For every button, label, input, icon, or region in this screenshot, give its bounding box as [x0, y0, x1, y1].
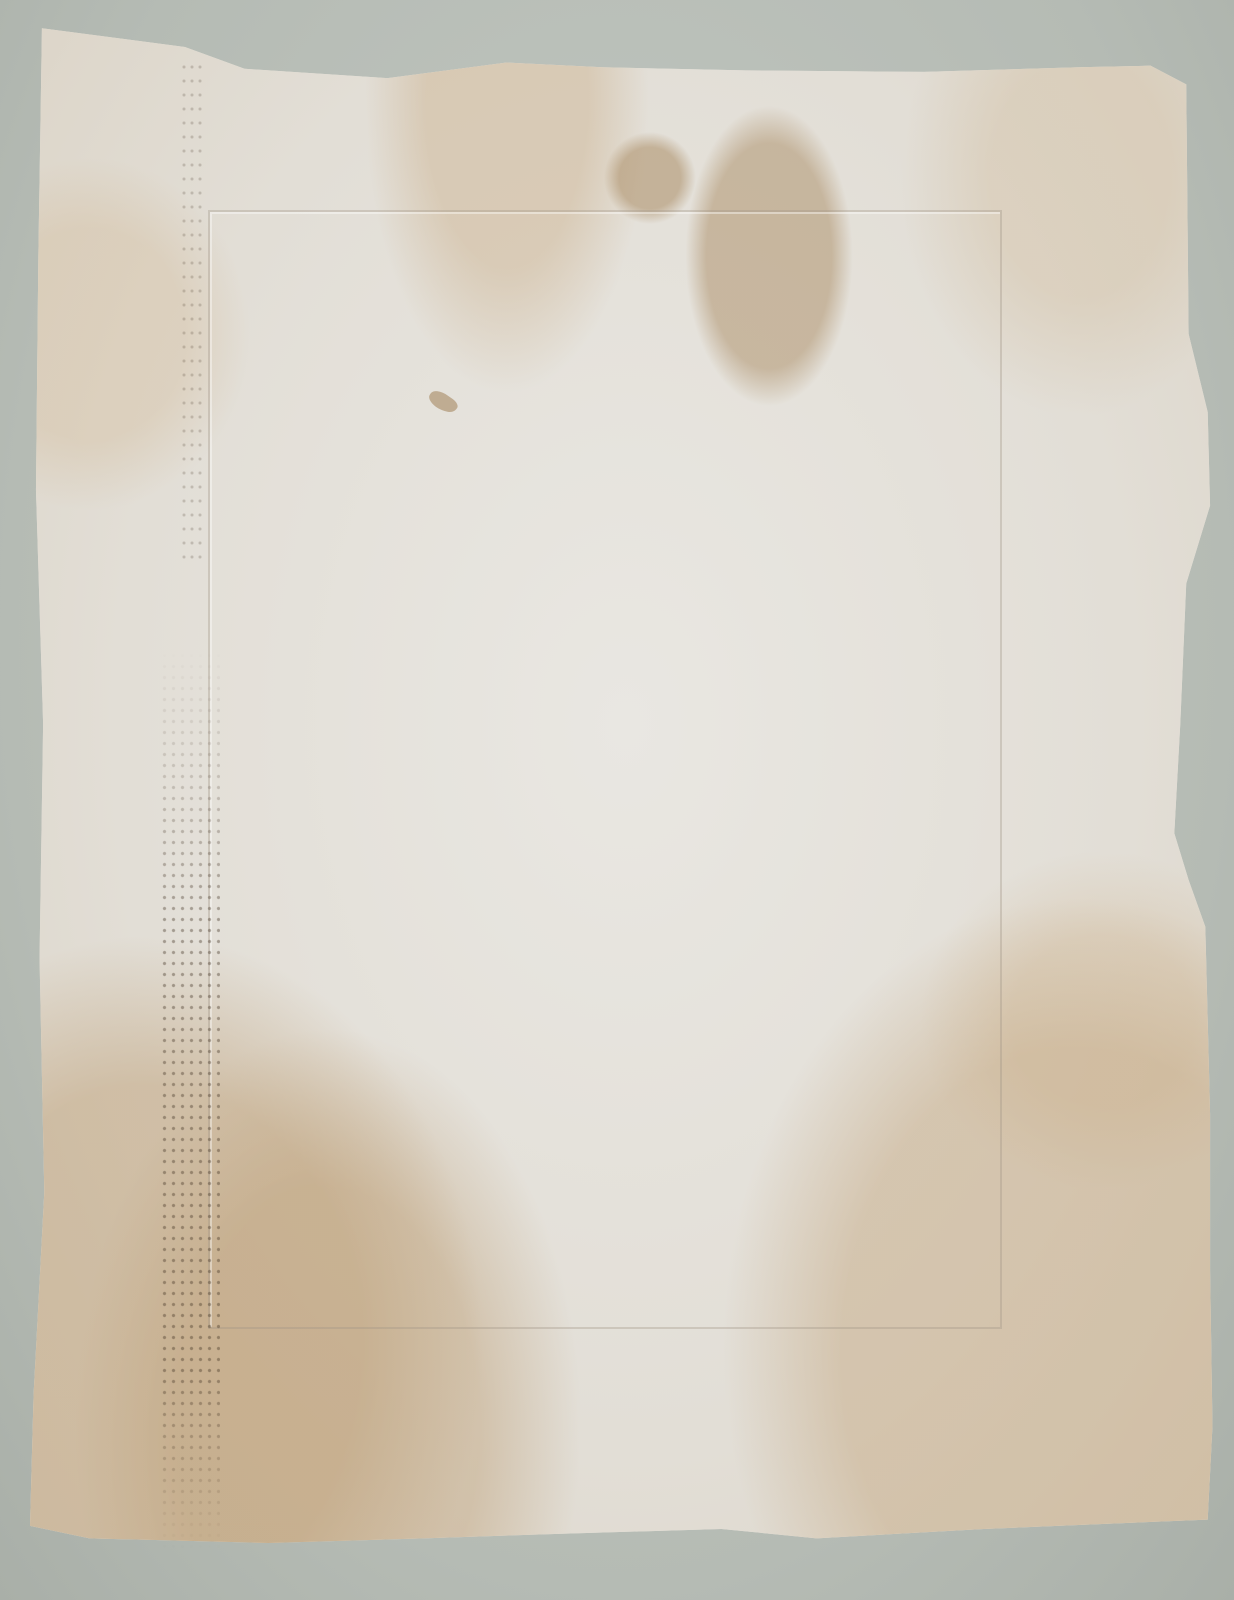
- foxing-spots-lower: [160, 650, 220, 1550]
- foxing-spots-upper: [180, 60, 202, 560]
